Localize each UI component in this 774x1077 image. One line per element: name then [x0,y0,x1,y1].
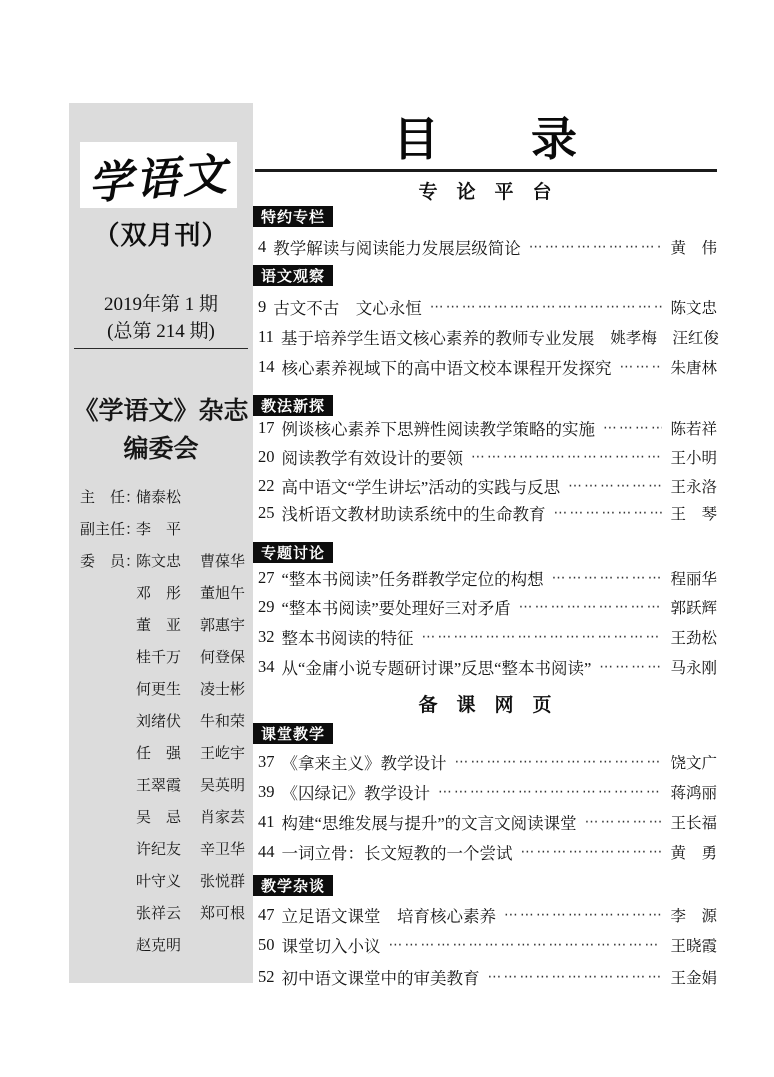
article-title: 《拿来主义》教学设计 [282,750,447,774]
page-number: 11 [258,327,274,347]
article-title: 古文不古 文心永恒 [273,295,422,319]
committee-member: 凌士彬 [200,678,248,699]
committee-member: 储泰松 [136,486,200,507]
committee-row: 赵克明 [80,928,248,960]
article-title: 高中语文“学生讲坛”活动的实践与反思 [282,474,561,498]
dot-leader: ⋯⋯⋯⋯⋯⋯⋯⋯⋯⋯⋯⋯⋯⋯⋯⋯⋯⋯⋯⋯⋯⋯⋯⋯⋯⋯⋯⋯⋯⋯⋯⋯⋯⋯⋯⋯⋯⋯⋯⋯ [422,629,663,645]
committee-member: 许纪友 [136,838,200,859]
toc-entry: 27“整本书阅读”任务群教学定位的构想⋯⋯⋯⋯⋯⋯⋯⋯⋯⋯⋯⋯⋯⋯⋯⋯⋯⋯⋯⋯⋯… [258,565,717,591]
committee-row: 桂千万何登保 [80,640,248,672]
toc-entry: 44一词立骨：长文短教的一个尝试⋯⋯⋯⋯⋯⋯⋯⋯⋯⋯⋯⋯⋯⋯⋯⋯⋯⋯⋯⋯⋯⋯⋯⋯… [258,839,717,865]
article-authors: 郭跃辉 [670,596,717,618]
dot-leader: ⋯⋯⋯⋯⋯⋯⋯⋯⋯⋯⋯⋯⋯⋯⋯⋯⋯⋯⋯⋯⋯⋯⋯⋯⋯⋯⋯⋯⋯⋯⋯⋯⋯⋯⋯⋯⋯⋯⋯⋯ [519,599,663,615]
page-number: 50 [258,935,275,955]
sidebar: 学语文 （双月刊） 2019年第 1 期 (总第 214 期) 《学语文》杂志 … [69,103,253,983]
dot-leader: ⋯⋯⋯⋯⋯⋯⋯⋯⋯⋯⋯⋯⋯⋯⋯⋯⋯⋯⋯⋯⋯⋯⋯⋯⋯⋯⋯⋯⋯⋯⋯⋯⋯⋯⋯⋯⋯⋯⋯⋯ [568,478,662,494]
committee-row: 邓 彤董旭午 [80,576,248,608]
committee-member: 邓 彤 [136,582,200,603]
committee-row: 刘绪伏牛和荣 [80,704,248,736]
section-label-teaching-notes: 教学杂谈 [253,875,333,896]
committee-row: 王翠霞吴英明 [80,768,248,800]
article-title: 整本书阅读的特征 [282,625,414,649]
committee-member: 辛卫华 [200,838,248,859]
article-authors: 王晓霞 [670,934,717,956]
section-label-classroom-teaching: 课堂教学 [253,723,333,744]
committee-row: 委 员：陈文忠曹葆华 [80,544,248,576]
dot-leader: ⋯⋯⋯⋯⋯⋯⋯⋯⋯⋯⋯⋯⋯⋯⋯⋯⋯⋯⋯⋯⋯⋯⋯⋯⋯⋯⋯⋯⋯⋯⋯⋯⋯⋯⋯⋯⋯⋯⋯⋯ [554,505,663,521]
section-label-language-observation: 语文观察 [253,265,333,286]
committee-member: 陈文忠 [136,550,200,571]
dot-leader: ⋯⋯⋯⋯⋯⋯⋯⋯⋯⋯⋯⋯⋯⋯⋯⋯⋯⋯⋯⋯⋯⋯⋯⋯⋯⋯⋯⋯⋯⋯⋯⋯⋯⋯⋯⋯⋯⋯⋯⋯ [529,239,663,255]
dot-leader: ⋯⋯⋯⋯⋯⋯⋯⋯⋯⋯⋯⋯⋯⋯⋯⋯⋯⋯⋯⋯⋯⋯⋯⋯⋯⋯⋯⋯⋯⋯⋯⋯⋯⋯⋯⋯⋯⋯⋯⋯ [471,449,662,465]
section-label-teaching-methods: 教法新探 [253,395,333,416]
dot-leader: ⋯⋯⋯⋯⋯⋯⋯⋯⋯⋯⋯⋯⋯⋯⋯⋯⋯⋯⋯⋯⋯⋯⋯⋯⋯⋯⋯⋯⋯⋯⋯⋯⋯⋯⋯⋯⋯⋯⋯⋯ [521,844,663,860]
magazine-logo: 学语文 [86,138,231,212]
committee-row: 何更生凌士彬 [80,672,248,704]
toc-title: 目 录 [253,103,717,169]
toc-entry: 37《拿来主义》教学设计⋯⋯⋯⋯⋯⋯⋯⋯⋯⋯⋯⋯⋯⋯⋯⋯⋯⋯⋯⋯⋯⋯⋯⋯⋯⋯⋯⋯… [258,749,717,775]
article-authors: 王永洛 [670,475,717,497]
dot-leader: ⋯⋯⋯⋯⋯⋯⋯⋯⋯⋯⋯⋯⋯⋯⋯⋯⋯⋯⋯⋯⋯⋯⋯⋯⋯⋯⋯⋯⋯⋯⋯⋯⋯⋯⋯⋯⋯⋯⋯⋯ [620,359,663,375]
article-title: 初中语文课堂中的审美教育 [282,965,480,989]
magazine-toc-page: 学语文 （双月刊） 2019年第 1 期 (总第 214 期) 《学语文》杂志 … [0,0,774,1077]
article-authors: 姚孝梅 汪红俊 [610,326,719,348]
article-authors: 王长福 [670,811,717,833]
article-title: 一词立骨：长文短教的一个尝试 [282,840,513,864]
toc-entry: 9古文不古 文心永恒⋯⋯⋯⋯⋯⋯⋯⋯⋯⋯⋯⋯⋯⋯⋯⋯⋯⋯⋯⋯⋯⋯⋯⋯⋯⋯⋯⋯⋯⋯… [258,294,717,320]
toc-entry: 20阅读教学有效设计的要领⋯⋯⋯⋯⋯⋯⋯⋯⋯⋯⋯⋯⋯⋯⋯⋯⋯⋯⋯⋯⋯⋯⋯⋯⋯⋯⋯… [258,444,717,470]
article-title: 浅析语文教材助读系统中的生命教育 [282,501,546,525]
committee-row: 董 亚郭惠宇 [80,608,248,640]
article-authors: 马永刚 [670,656,717,678]
toc-entry: 29“整本书阅读”要处理好三对矛盾⋯⋯⋯⋯⋯⋯⋯⋯⋯⋯⋯⋯⋯⋯⋯⋯⋯⋯⋯⋯⋯⋯⋯… [258,594,717,620]
committee-title-line2: 编委会 [69,429,253,465]
committee-member: 李 平 [136,518,200,539]
committee-title-line1: 《学语文》杂志 [69,391,253,427]
part-heading-platform: 专 论 平 台 [253,177,717,204]
page-number: 20 [258,447,275,467]
dot-leader: ⋯⋯⋯⋯⋯⋯⋯⋯⋯⋯⋯⋯⋯⋯⋯⋯⋯⋯⋯⋯⋯⋯⋯⋯⋯⋯⋯⋯⋯⋯⋯⋯⋯⋯⋯⋯⋯⋯⋯⋯ [430,299,663,315]
magazine-logo-box: 学语文 [80,142,237,208]
article-title: “整本书阅读”任务群教学定位的构想 [282,566,544,590]
committee-row: 叶守义张悦群 [80,864,248,896]
page-number: 37 [258,752,275,772]
committee-member: 董 亚 [136,614,200,635]
committee-member: 曹葆华 [200,550,248,571]
committee-member: 吴 忌 [136,806,200,827]
committee-member: 郭惠宇 [200,614,248,635]
page-number: 27 [258,568,275,588]
committee-member: 桂千万 [136,646,200,667]
section-label-special-column: 特约专栏 [253,206,333,227]
dot-leader: ⋯⋯⋯⋯⋯⋯⋯⋯⋯⋯⋯⋯⋯⋯⋯⋯⋯⋯⋯⋯⋯⋯⋯⋯⋯⋯⋯⋯⋯⋯⋯⋯⋯⋯⋯⋯⋯⋯⋯⋯ [603,420,662,436]
toc-entry: 41构建“思维发展与提升”的文言文阅读课堂⋯⋯⋯⋯⋯⋯⋯⋯⋯⋯⋯⋯⋯⋯⋯⋯⋯⋯⋯… [258,809,717,835]
article-title: 核心素养视域下的高中语文校本课程开发探究 [282,355,612,379]
committee-member: 郑可根 [200,902,248,923]
dot-leader: ⋯⋯⋯⋯⋯⋯⋯⋯⋯⋯⋯⋯⋯⋯⋯⋯⋯⋯⋯⋯⋯⋯⋯⋯⋯⋯⋯⋯⋯⋯⋯⋯⋯⋯⋯⋯⋯⋯⋯⋯ [552,570,663,586]
dot-leader: ⋯⋯⋯⋯⋯⋯⋯⋯⋯⋯⋯⋯⋯⋯⋯⋯⋯⋯⋯⋯⋯⋯⋯⋯⋯⋯⋯⋯⋯⋯⋯⋯⋯⋯⋯⋯⋯⋯⋯⋯ [504,907,662,923]
committee-role: 主 任： [80,486,136,507]
article-authors: 王小明 [670,446,717,468]
committee-member: 王屹宇 [200,742,248,763]
dot-leader: ⋯⋯⋯⋯⋯⋯⋯⋯⋯⋯⋯⋯⋯⋯⋯⋯⋯⋯⋯⋯⋯⋯⋯⋯⋯⋯⋯⋯⋯⋯⋯⋯⋯⋯⋯⋯⋯⋯⋯⋯ [599,659,662,675]
page-number: 47 [258,905,275,925]
page-number: 52 [258,967,275,987]
toc-entry: 17例谈核心素养下思辨性阅读教学策略的实施⋯⋯⋯⋯⋯⋯⋯⋯⋯⋯⋯⋯⋯⋯⋯⋯⋯⋯⋯… [258,415,717,441]
dot-leader: ⋯⋯⋯⋯⋯⋯⋯⋯⋯⋯⋯⋯⋯⋯⋯⋯⋯⋯⋯⋯⋯⋯⋯⋯⋯⋯⋯⋯⋯⋯⋯⋯⋯⋯⋯⋯⋯⋯⋯⋯ [389,937,663,953]
sidebar-divider [74,348,248,349]
article-title: 立足语文课堂 培育核心素养 [282,903,497,927]
committee-member: 任 强 [136,742,200,763]
article-authors: 朱唐林 [670,356,717,378]
toc-entry: 25浅析语文教材助读系统中的生命教育⋯⋯⋯⋯⋯⋯⋯⋯⋯⋯⋯⋯⋯⋯⋯⋯⋯⋯⋯⋯⋯⋯… [258,500,717,526]
page-number: 9 [258,297,266,317]
committee-member: 何登保 [200,646,248,667]
page-number: 32 [258,627,275,647]
committee-role: 副主任： [80,518,136,539]
article-title: 阅读教学有效设计的要领 [282,445,464,469]
committee-member: 赵克明 [136,934,200,955]
toc-entry: 4教学解读与阅读能力发展层级简论⋯⋯⋯⋯⋯⋯⋯⋯⋯⋯⋯⋯⋯⋯⋯⋯⋯⋯⋯⋯⋯⋯⋯⋯… [258,234,717,260]
issue-number: 2019年第 1 期 [69,289,253,316]
committee-member: 张悦群 [200,870,248,891]
toc-entry: 14核心素养视域下的高中语文校本课程开发探究⋯⋯⋯⋯⋯⋯⋯⋯⋯⋯⋯⋯⋯⋯⋯⋯⋯⋯… [258,354,717,380]
editorial-committee-list: 主 任：储泰松 副主任：李 平 委 员：陈文忠曹葆华 邓 彤董旭午 董 亚郭惠宇… [80,480,248,960]
page-number: 44 [258,842,275,862]
committee-member: 肖家芸 [200,806,248,827]
committee-member: 何更生 [136,678,200,699]
article-title: “整本书阅读”要处理好三对矛盾 [282,595,511,619]
article-authors: 黄 勇 [670,841,717,863]
toc-entry: 32整本书阅读的特征⋯⋯⋯⋯⋯⋯⋯⋯⋯⋯⋯⋯⋯⋯⋯⋯⋯⋯⋯⋯⋯⋯⋯⋯⋯⋯⋯⋯⋯⋯… [258,624,717,650]
toc-entry: 47立足语文课堂 培育核心素养⋯⋯⋯⋯⋯⋯⋯⋯⋯⋯⋯⋯⋯⋯⋯⋯⋯⋯⋯⋯⋯⋯⋯⋯⋯… [258,902,717,928]
article-authors: 黄 伟 [670,236,717,258]
committee-role: 委 员： [80,550,136,571]
article-authors: 陈文忠 [670,296,717,318]
toc-entry: 50课堂切入小议⋯⋯⋯⋯⋯⋯⋯⋯⋯⋯⋯⋯⋯⋯⋯⋯⋯⋯⋯⋯⋯⋯⋯⋯⋯⋯⋯⋯⋯⋯⋯⋯… [258,932,717,958]
toc-entry: 39《囚绿记》教学设计⋯⋯⋯⋯⋯⋯⋯⋯⋯⋯⋯⋯⋯⋯⋯⋯⋯⋯⋯⋯⋯⋯⋯⋯⋯⋯⋯⋯⋯… [258,779,717,805]
article-authors: 蒋鸿丽 [670,781,717,803]
article-authors: 李 源 [670,904,717,926]
article-authors: 王 琴 [670,502,717,524]
page-number: 4 [258,237,266,257]
toc-entry: 11基于培养学生语文核心素养的教师专业发展⋯⋯⋯⋯⋯⋯⋯⋯⋯⋯⋯⋯⋯⋯⋯⋯⋯⋯⋯… [258,324,717,350]
committee-member: 叶守义 [136,870,200,891]
toc-entry: 34从“金庸小说专题研讨课”反思“整本书阅读”⋯⋯⋯⋯⋯⋯⋯⋯⋯⋯⋯⋯⋯⋯⋯⋯⋯… [258,654,717,680]
part-heading-lesson-prep: 备 课 网 页 [253,690,717,717]
committee-row: 张祥云郑可根 [80,896,248,928]
page-number: 25 [258,503,275,523]
article-authors: 程丽华 [670,567,717,589]
article-authors: 王劲松 [670,626,717,648]
committee-member: 董旭午 [200,582,248,603]
page-number: 22 [258,476,275,496]
committee-member: 王翠霞 [136,774,200,795]
committee-member: 牛和荣 [200,710,248,731]
page-number: 39 [258,782,275,802]
toc-main-column: 目 录 专 论 平 台 特约专栏 4教学解读与阅读能力发展层级简论⋯⋯⋯⋯⋯⋯⋯… [253,0,717,1077]
title-rule [255,169,717,172]
dot-leader: ⋯⋯⋯⋯⋯⋯⋯⋯⋯⋯⋯⋯⋯⋯⋯⋯⋯⋯⋯⋯⋯⋯⋯⋯⋯⋯⋯⋯⋯⋯⋯⋯⋯⋯⋯⋯⋯⋯⋯⋯ [455,754,663,770]
article-title: 课堂切入小议 [282,933,381,957]
issue-total: (总第 214 期) [69,316,253,343]
magazine-subtitle: （双月刊） [69,215,253,252]
page-number: 29 [258,597,275,617]
committee-row: 副主任：李 平 [80,512,248,544]
article-title: 例谈核心素养下思辨性阅读教学策略的实施 [282,416,596,440]
committee-member: 刘绪伏 [136,710,200,731]
committee-member: 吴英明 [200,774,248,795]
section-label-topic-discussion: 专题讨论 [253,542,333,563]
committee-row: 任 强王屹宇 [80,736,248,768]
dot-leader: ⋯⋯⋯⋯⋯⋯⋯⋯⋯⋯⋯⋯⋯⋯⋯⋯⋯⋯⋯⋯⋯⋯⋯⋯⋯⋯⋯⋯⋯⋯⋯⋯⋯⋯⋯⋯⋯⋯⋯⋯ [488,969,663,985]
page-number: 14 [258,357,275,377]
article-title: 《囚绿记》教学设计 [282,780,431,804]
article-title: 基于培养学生语文核心素养的教师专业发展 [281,325,595,349]
toc-entry: 22高中语文“学生讲坛”活动的实践与反思⋯⋯⋯⋯⋯⋯⋯⋯⋯⋯⋯⋯⋯⋯⋯⋯⋯⋯⋯⋯… [258,473,717,499]
article-title: 构建“思维发展与提升”的文言文阅读课堂 [282,810,577,834]
toc-entry: 52初中语文课堂中的审美教育⋯⋯⋯⋯⋯⋯⋯⋯⋯⋯⋯⋯⋯⋯⋯⋯⋯⋯⋯⋯⋯⋯⋯⋯⋯⋯… [258,964,717,990]
dot-leader: ⋯⋯⋯⋯⋯⋯⋯⋯⋯⋯⋯⋯⋯⋯⋯⋯⋯⋯⋯⋯⋯⋯⋯⋯⋯⋯⋯⋯⋯⋯⋯⋯⋯⋯⋯⋯⋯⋯⋯⋯ [438,784,662,800]
article-authors: 饶文广 [670,751,717,773]
page-number: 41 [258,812,275,832]
page-number: 34 [258,657,275,677]
committee-row: 吴 忌肖家芸 [80,800,248,832]
article-authors: 王金娟 [670,966,717,988]
article-title: 教学解读与阅读能力发展层级简论 [273,235,521,259]
committee-row: 主 任：储泰松 [80,480,248,512]
article-title: 从“金庸小说专题研讨课”反思“整本书阅读” [282,655,592,679]
committee-member: 张祥云 [136,902,200,923]
committee-row: 许纪友辛卫华 [80,832,248,864]
article-authors: 陈若祥 [670,417,717,439]
page-number: 17 [258,418,275,438]
dot-leader: ⋯⋯⋯⋯⋯⋯⋯⋯⋯⋯⋯⋯⋯⋯⋯⋯⋯⋯⋯⋯⋯⋯⋯⋯⋯⋯⋯⋯⋯⋯⋯⋯⋯⋯⋯⋯⋯⋯⋯⋯ [585,814,663,830]
